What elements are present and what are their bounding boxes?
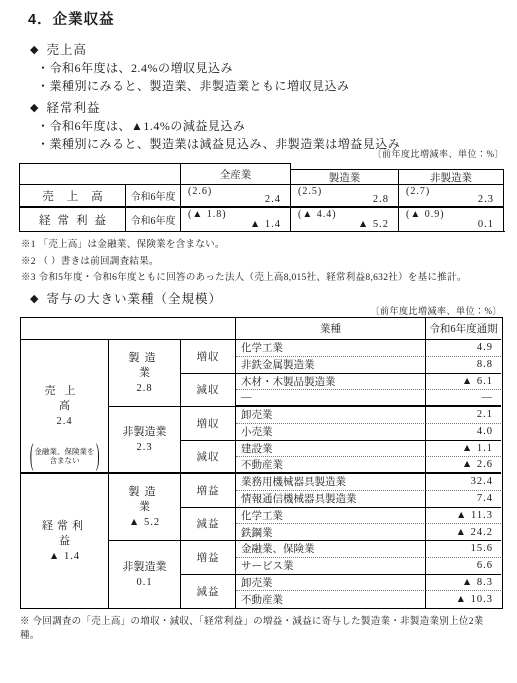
value-cell: ▲ 6.1	[426, 374, 501, 391]
sales-bullet-1: ・令和6年度は、2.4%の増収見込み	[37, 59, 233, 76]
sales-bullet-2: ・業種別にみると、製造業、非製造業ともに増収見込み	[37, 77, 350, 94]
summary-table-notes: ※1 「売上高」は金融業、保険業を含まない。 ※2 （ ）書きは前回調査結果。 …	[21, 237, 467, 287]
value-cell: 2.1	[426, 407, 501, 424]
summary-cell-sales-mfg: (2.5) 2.8	[291, 185, 399, 208]
summary-cell-sales-all: (2.6) 2.4	[181, 185, 291, 208]
summary-cell-sales-non: (2.7) 2.3	[399, 185, 504, 208]
summary-header-nonmanufacturing: 非製造業	[399, 169, 504, 185]
current-value: 2.3	[478, 194, 494, 205]
value-cell: ▲ 2.6	[426, 457, 501, 474]
value-cell: 32.4	[426, 474, 501, 491]
note-2: ※2 （ ）書きは前回調査結果。	[21, 254, 467, 271]
contribution-table-footnote: ※ 今回調査の「売上高」の増収・減収、「経常利益」の増益・減益に寄与した製造業・…	[20, 613, 500, 641]
summary-header-empty	[20, 163, 181, 185]
value-cell: ▲ 24.2	[426, 524, 501, 541]
industry-cell: 情報通信機械器具製造業	[236, 491, 426, 508]
industry-cell: 化学工業	[236, 340, 426, 357]
section-heading-contribution-label: 寄与の大きい業種（全規模）	[46, 289, 222, 307]
report-page: { "doc": { "title": "4．企業収益", "diamond":…	[0, 0, 517, 683]
industry-cell: 化学工業	[236, 508, 426, 525]
contrib-group-increase-sales-non: 増収	[181, 407, 236, 441]
contrib-header-industry: 業種	[236, 318, 426, 340]
profit-bullet-2: ・業種別にみると、製造業は減益見込み、非製造業は増益見込み	[37, 135, 400, 152]
industry-cell: 非鉄金属製造業	[236, 357, 426, 374]
sales-total-value: 2.4	[56, 414, 72, 429]
contrib-group-decrease-profit-non: 減益	[181, 575, 236, 609]
current-value: 2.4	[265, 194, 281, 205]
value-cell: 15.6	[426, 541, 501, 558]
contrib-group-increase-profit-non: 増益	[181, 541, 236, 575]
contrib-col2-non-sales: 非製造業 2.3	[109, 407, 181, 474]
industry-cell: 卸売業	[236, 407, 426, 424]
value-cell: ▲ 8.3	[426, 575, 501, 592]
value-cell: ▲ 11.3	[426, 508, 501, 525]
summary-row-year-sales: 令和6年度	[126, 185, 181, 208]
contrib-group-decrease-sales-non: 減収	[181, 441, 236, 475]
industry-cell: サービス業	[236, 558, 426, 575]
diamond-icon: ◆	[30, 43, 39, 56]
diamond-icon: ◆	[30, 292, 39, 305]
industry-cell: 木材・木製品製造業	[236, 374, 426, 391]
contrib-group-decrease-sales-mfg: 減収	[181, 374, 236, 408]
value-cell: 7.4	[426, 491, 501, 508]
summary-row-year-profit: 令和6年度	[126, 208, 181, 231]
current-value: ▲ 5.2	[358, 219, 389, 230]
prev-survey-value: (2.5)	[298, 186, 322, 197]
contrib-group-increase-sales-mfg: 増収	[181, 340, 236, 374]
value-cell: ▲ 1.1	[426, 441, 501, 458]
prev-survey-value: (▲ 4.4)	[298, 209, 337, 220]
note-1: ※1 「売上高」は金融業、保険業を含まない。	[21, 237, 467, 254]
page-title: 4．企業収益	[28, 8, 115, 29]
contrib-col2-mfg-profit: 製造業 ▲ 5.2	[109, 474, 181, 541]
summary-cell-profit-mfg: (▲ 4.4) ▲ 5.2	[291, 208, 399, 231]
industry-cell: 小売業	[236, 424, 426, 441]
summary-cell-profit-all: (▲ 1.8) ▲ 1.4	[181, 208, 291, 231]
diamond-icon: ◆	[30, 101, 39, 114]
section-heading-profit: ◆ 経常利益	[30, 98, 100, 116]
section-heading-contribution: ◆ 寄与の大きい業種（全規模）	[30, 289, 222, 307]
industry-cell: —	[236, 390, 426, 407]
current-value: 2.8	[373, 194, 389, 205]
section-heading-profit-label: 経常利益	[46, 98, 100, 116]
section-heading-sales-label: 売上高	[46, 40, 87, 58]
bracket-open: (	[30, 433, 34, 480]
summary-row-label-profit: 経常利益	[20, 208, 126, 231]
industry-cell: 業務用機械器具製造業	[236, 474, 426, 491]
value-cell: 6.6	[426, 558, 501, 575]
summary-table: 全産業 製造業 非製造業 売上高 令和6年度 (2.6) 2.4 (2.5) 2…	[19, 163, 505, 232]
bracket-close: )	[95, 433, 99, 480]
summary-header-all-industries: 全産業	[181, 163, 291, 185]
value-cell: 8.8	[426, 357, 501, 374]
prev-survey-value: (▲ 0.9)	[406, 209, 445, 220]
unit-note-summary: 〔前年度比増減率、単位：%〕	[373, 147, 505, 160]
contrib-header-period: 令和6年度通期	[426, 318, 501, 340]
value-cell: —	[426, 390, 501, 407]
value-cell: 4.0	[426, 424, 501, 441]
industry-cell: 不動産業	[236, 457, 426, 474]
current-value: ▲ 1.4	[250, 219, 281, 230]
profit-bullet-1: ・令和6年度は、▲1.4%の減益見込み	[37, 117, 245, 134]
current-value: 0.1	[478, 219, 494, 230]
industry-cell: 鉄鋼業	[236, 524, 426, 541]
contrib-group-decrease-profit-mfg: 減益	[181, 508, 236, 542]
contrib-col2-mfg-sales: 製造業 2.8	[109, 340, 181, 407]
contrib-col2-non-profit: 非製造業 0.1	[109, 541, 181, 608]
sales-exclusion-note: ( 金融業、保険業を含まない )	[21, 447, 108, 465]
profit-total-value: ▲ 1.4	[49, 549, 80, 564]
contrib-block-sales: 売上高 2.4 ( 金融業、保険業を含まない )	[21, 340, 109, 474]
summary-header-manufacturing: 製造業	[291, 169, 399, 185]
note-3: ※3 令和5年度・令和6年度ともに回答のあった法人（売上高8,015社、経常利益…	[21, 270, 467, 287]
unit-note-contribution: 〔前年度比増減率、単位：%〕	[371, 304, 503, 317]
contrib-block-profit: 経常利益 ▲ 1.4	[21, 474, 109, 608]
summary-cell-profit-non: (▲ 0.9) 0.1	[399, 208, 504, 231]
prev-survey-value: (▲ 1.8)	[188, 209, 227, 220]
value-cell: 4.9	[426, 340, 501, 357]
value-cell: ▲ 10.3	[426, 591, 501, 608]
prev-survey-value: (2.6)	[188, 186, 212, 197]
industry-cell: 金融業、保険業	[236, 541, 426, 558]
contrib-header-empty	[21, 318, 236, 340]
section-heading-sales: ◆ 売上高	[30, 40, 87, 58]
industry-cell: 建設業	[236, 441, 426, 458]
contrib-group-increase-profit-mfg: 増益	[181, 474, 236, 508]
industry-cell: 不動産業	[236, 591, 426, 608]
summary-row-label-sales: 売上高	[20, 185, 126, 208]
contribution-table: 業種 令和6年度通期 売上高 2.4 ( 金融業、保険業を含まない ) 経常利益…	[20, 317, 503, 609]
industry-cell: 卸売業	[236, 575, 426, 592]
prev-survey-value: (2.7)	[406, 186, 430, 197]
